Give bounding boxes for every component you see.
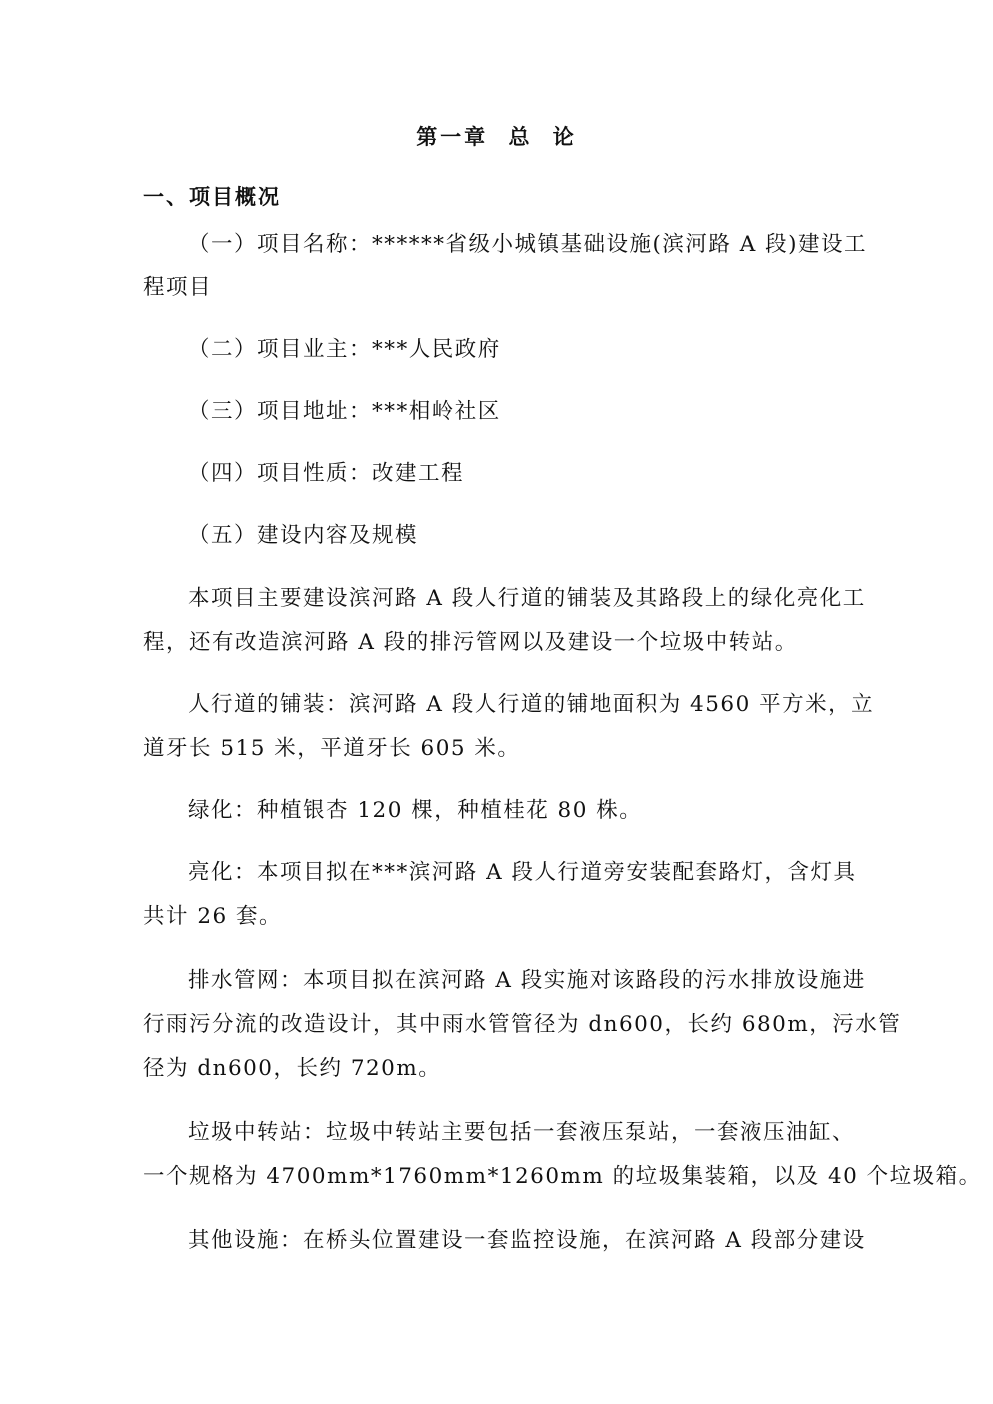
paragraph-drainage-line-2: 行雨污分流的改造设计，其中雨水管管径为 dn600，长约 680m，污水管 bbox=[143, 1012, 901, 1038]
paragraph-project-address: （三）项目地址：***相岭社区 bbox=[188, 399, 501, 425]
paragraph-project-name-line-2: 程项目 bbox=[143, 275, 212, 301]
paragraph-lighting-line-1: 亮化：本项目拟在***滨河路 A 段人行道旁安装配套路灯，含灯具 bbox=[188, 860, 856, 886]
paragraph-project-owner: （二）项目业主：***人民政府 bbox=[188, 337, 501, 363]
paragraph-other-facilities: 其他设施：在桥头位置建设一套监控设施，在滨河路 A 段部分建设 bbox=[188, 1228, 866, 1254]
paragraph-lighting-line-2: 共计 26 套。 bbox=[143, 904, 282, 930]
paragraph-drainage-line-1: 排水管网：本项目拟在滨河路 A 段实施对该路段的污水排放设施进 bbox=[188, 968, 866, 994]
section-heading: 一、项目概况 bbox=[143, 184, 281, 210]
document-page: 第一章 总 论 一、项目概况 （一）项目名称：******省级小城镇基础设施(滨… bbox=[0, 0, 993, 1404]
paragraph-drainage-line-3: 径为 dn600，长约 720m。 bbox=[143, 1056, 441, 1082]
paragraph-overview-line-1: 本项目主要建设滨河路 A 段人行道的铺装及其路段上的绿化亮化工 bbox=[188, 586, 866, 612]
paragraph-project-name-line-1: （一）项目名称：******省级小城镇基础设施(滨河路 A 段)建设工 bbox=[188, 232, 867, 258]
paragraph-garbage-station-line-2: 一个规格为 4700mm*1760mm*1260mm 的垃圾集装箱，以及 40 … bbox=[143, 1164, 982, 1190]
paragraph-greening: 绿化：种植银杏 120 棵，种植桂花 80 株。 bbox=[188, 798, 642, 824]
chapter-title: 第一章 总 论 bbox=[0, 124, 993, 150]
paragraph-garbage-station-line-1: 垃圾中转站：垃圾中转站主要包括一套液压泵站，一套液压油缸、 bbox=[188, 1120, 855, 1146]
paragraph-sidewalk-line-2: 道牙长 515 米，平道牙长 605 米。 bbox=[143, 736, 520, 762]
paragraph-sidewalk-line-1: 人行道的铺装：滨河路 A 段人行道的铺地面积为 4560 平方米，立 bbox=[188, 692, 874, 718]
paragraph-overview-line-2: 程，还有改造滨河路 A 段的排污管网以及建设一个垃圾中转站。 bbox=[143, 630, 798, 656]
paragraph-project-nature: （四）项目性质：改建工程 bbox=[188, 461, 464, 487]
paragraph-construction-scope: （五）建设内容及规模 bbox=[188, 523, 418, 549]
